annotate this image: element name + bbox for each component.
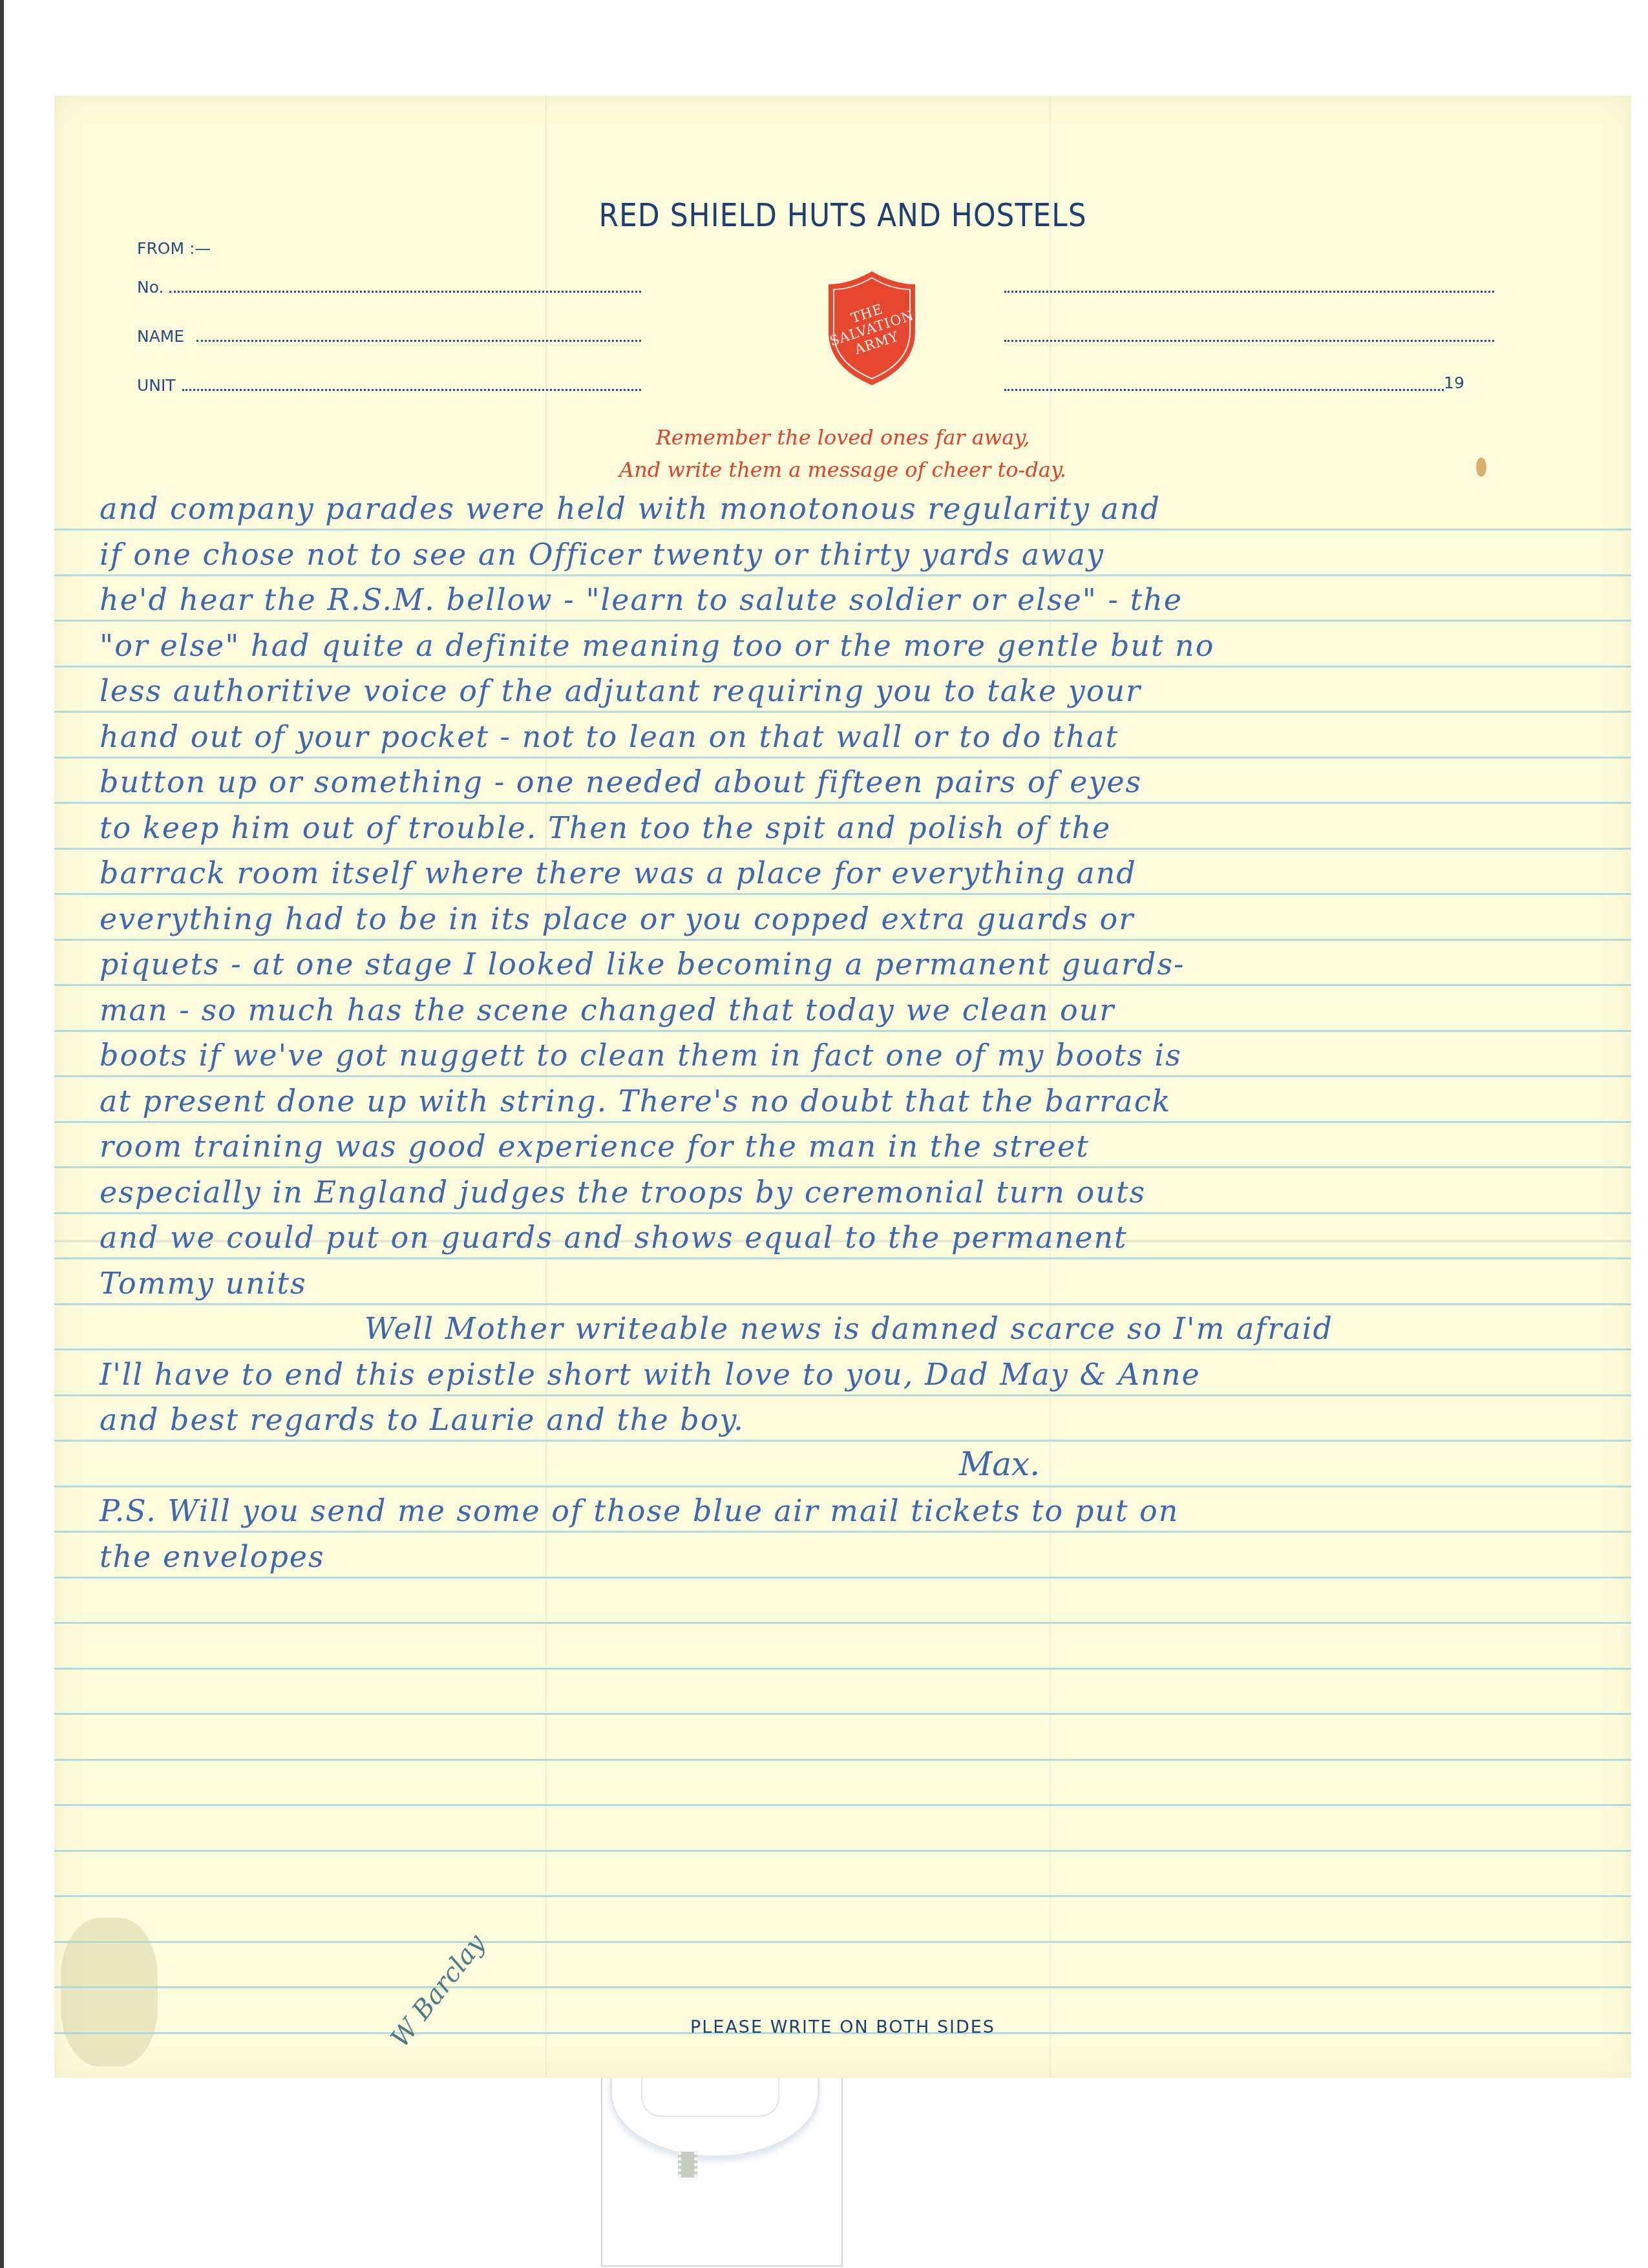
address-line-2[interactable] <box>1004 340 1494 342</box>
ruled-line <box>54 666 1631 667</box>
ruled-line <box>54 1577 1631 1579</box>
ruled-line <box>54 1895 1631 1897</box>
handwritten-line: especially in England judges the troops … <box>100 1175 1605 1210</box>
ruled-line <box>54 1166 1631 1168</box>
ruled-line <box>54 984 1631 986</box>
motto-line-1: Remember the loved ones far away, <box>54 425 1631 450</box>
closing-line: I'll have to end this epistle short with… <box>100 1357 1605 1392</box>
ruled-line <box>54 1212 1631 1214</box>
ruled-line <box>54 939 1631 941</box>
date-line[interactable] <box>1004 389 1444 391</box>
paper-stain <box>61 1918 158 2066</box>
ruled-line <box>54 1668 1631 1670</box>
handwritten-line: he'd hear the R.S.M. bellow - "learn to … <box>100 582 1605 617</box>
postscript-line: the envelopes <box>100 1539 1605 1574</box>
handwritten-line: room training was good experience for th… <box>100 1129 1605 1164</box>
handwritten-line: barrack room itself where there was a pl… <box>100 856 1605 890</box>
handwritten-line: less authoritive voice of the adjutant r… <box>100 673 1605 708</box>
handwritten-line: to keep him out of trouble. Then too the… <box>100 810 1605 845</box>
handwritten-line: boots if we've got nuggett to clean them… <box>100 1038 1605 1073</box>
handwritten-line: if one chose not to see an Officer twent… <box>100 537 1605 572</box>
handwritten-line: and company parades were held with monot… <box>100 491 1605 526</box>
ruled-line <box>54 1713 1631 1715</box>
ruled-line <box>54 1622 1631 1624</box>
closing-line: and best regards to Laurie and the boy. <box>100 1402 1605 1437</box>
number-field[interactable] <box>169 291 641 293</box>
ruled-line <box>54 1030 1631 1032</box>
letterhead-title: RED SHIELD HUTS AND HOSTELS <box>54 196 1631 235</box>
year-prefix: 19 <box>1444 373 1464 392</box>
scanner-film-holder <box>601 2078 843 2267</box>
ruled-line <box>54 574 1631 576</box>
ruled-line <box>54 1941 1631 1943</box>
ruled-line <box>54 1531 1631 1533</box>
from-label: FROM :— <box>137 239 211 258</box>
ruled-line <box>54 1394 1631 1396</box>
name-field[interactable] <box>196 340 641 342</box>
handwritten-line: Tommy units <box>100 1266 1605 1301</box>
ruled-line <box>54 1804 1631 1806</box>
handwritten-line: and we could put on guards and shows equ… <box>100 1220 1605 1255</box>
handwritten-line: at present done up with string. There's … <box>100 1084 1605 1118</box>
number-label: No. <box>137 278 164 297</box>
signoff: Max. <box>959 1445 1040 1483</box>
ruled-line <box>54 1349 1631 1350</box>
unit-field[interactable] <box>182 389 641 391</box>
footer-instruction: PLEASE WRITE ON BOTH SIDES <box>54 2017 1631 2037</box>
ruled-line <box>54 1257 1631 1259</box>
film-strip-icon <box>678 2152 697 2178</box>
holder-tab <box>641 2078 779 2117</box>
ruled-line <box>54 1121 1631 1123</box>
handwritten-line: button up or something - one needed abou… <box>100 764 1605 799</box>
ruled-line <box>54 620 1631 622</box>
unit-label: UNIT <box>137 376 176 395</box>
postscript-line: P.S. Will you send me some of those blue… <box>100 1493 1605 1528</box>
ruled-line <box>54 1303 1631 1305</box>
ruled-line <box>54 529 1631 530</box>
ruled-line <box>54 711 1631 713</box>
ruled-line <box>54 848 1631 850</box>
motto-line-2: And write them a message of cheer to-day… <box>54 457 1631 482</box>
closing-line: Well Mother writeable news is damned sca… <box>364 1311 1605 1346</box>
ruled-line <box>54 1486 1631 1487</box>
ruled-line <box>54 893 1631 895</box>
handwritten-line: everything had to be in its place or you… <box>100 901 1605 936</box>
ruled-line <box>54 1440 1631 1442</box>
ruled-line <box>54 1759 1631 1761</box>
handwritten-line: "or else" had quite a definite meaning t… <box>100 628 1605 663</box>
name-label: NAME <box>137 327 184 346</box>
handwritten-line: hand out of your pocket - not to lean on… <box>100 719 1605 754</box>
letter-sheet: RED SHIELD HUTS AND HOSTELS FROM :— No. … <box>54 96 1631 2078</box>
ruled-line <box>54 802 1631 804</box>
scanner-edge <box>0 0 4 2268</box>
address-line-1[interactable] <box>1004 291 1494 293</box>
ruled-line <box>54 1850 1631 1852</box>
handwritten-line: man - so much has the scene changed that… <box>100 992 1605 1027</box>
salvation-army-shield-icon: THE SALVATION ARMY <box>823 270 920 386</box>
ruled-line <box>54 1986 1631 1988</box>
handwritten-line: piquets - at one stage I looked like bec… <box>100 947 1605 982</box>
ruled-line <box>54 757 1631 759</box>
ruled-line <box>54 1075 1631 1077</box>
